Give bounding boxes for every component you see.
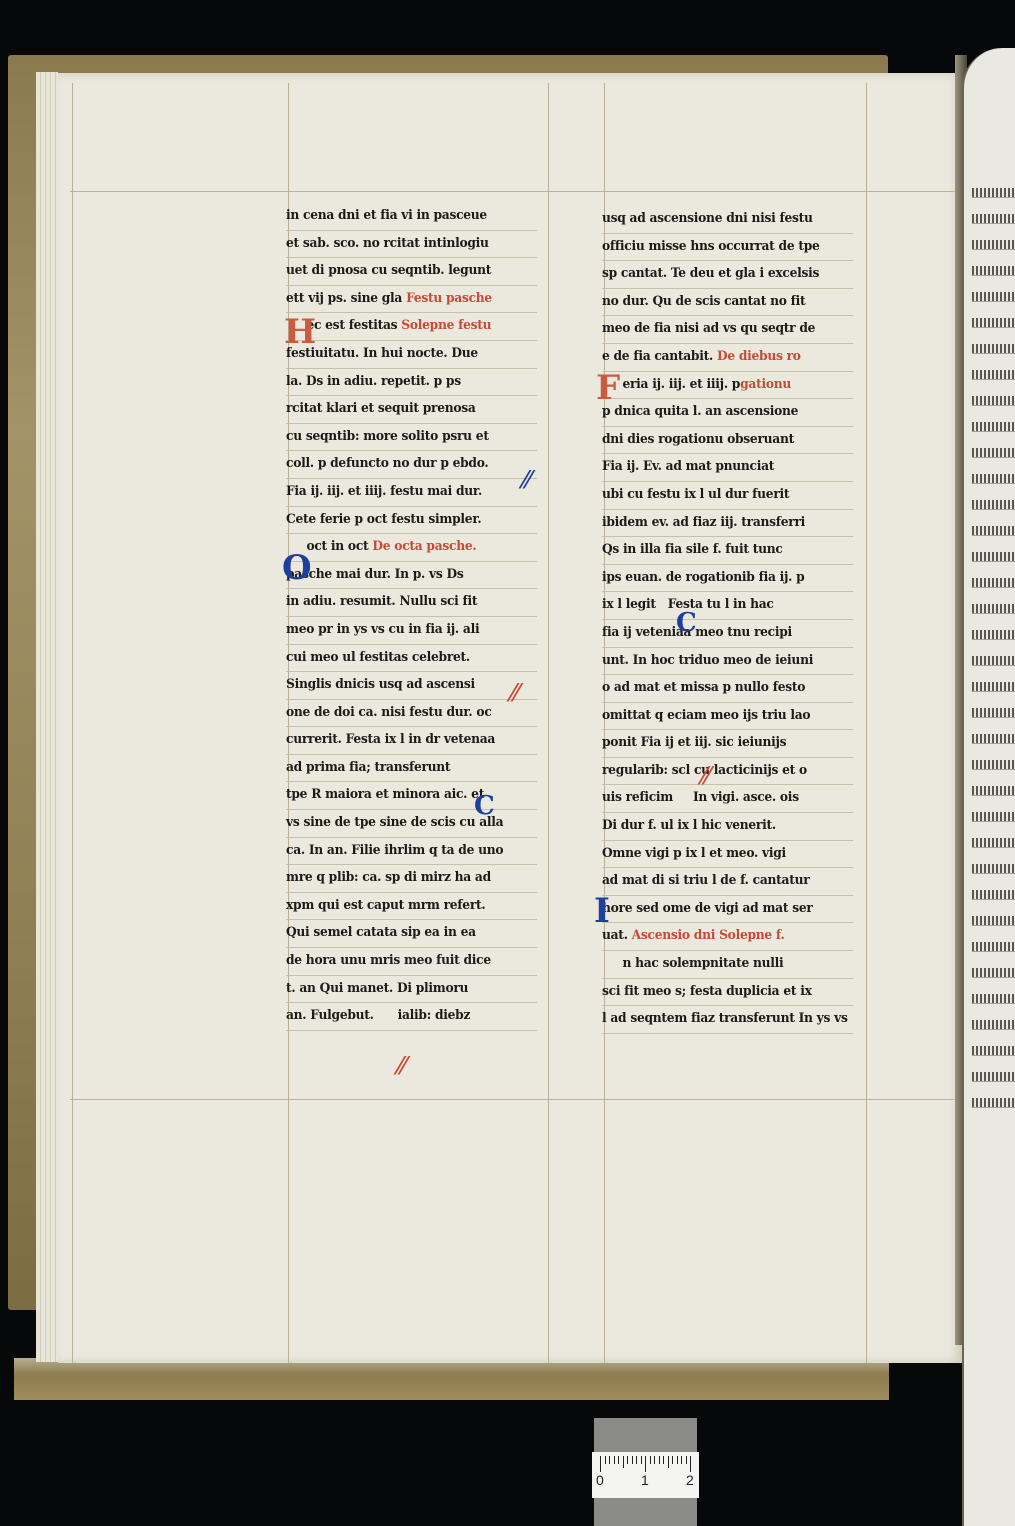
text-line: vs sine de tpe sine de scis cu alla <box>286 810 537 838</box>
text-line: de hora unu mris meo fuit dice <box>286 948 537 976</box>
text-line: festiuitatu. In hui nocte. Due <box>286 341 537 369</box>
text-line: pasche mai dur. In p. vs Ds <box>286 562 537 590</box>
text-line: in cena dni et fia vi in pasceue <box>286 203 537 231</box>
text-line: o ad mat et missa p nullo festo <box>602 675 853 703</box>
text-line: regularib: scl cu lacticinijs et o <box>602 758 853 786</box>
paragraph-mark-blue-icon: ⁄⁄ <box>523 465 531 494</box>
text-line: eria ij. iij. et iiij. pgationu <box>602 372 853 400</box>
text-line: uet di pnosa cu seqntib. legunt <box>286 258 537 286</box>
text-line <box>972 812 1015 822</box>
text-line: uis reficim In vigi. asce. ois <box>602 785 853 813</box>
binding-bottom-edge <box>14 1358 889 1400</box>
text-line <box>972 760 1015 770</box>
text-line: officiu misse hns occurrat de tpe <box>602 234 853 262</box>
text-line: p dnica quita l. an ascensione <box>602 399 853 427</box>
text-line <box>972 604 1015 614</box>
text-line: dni dies rogationu obseruant <box>602 427 853 455</box>
text-line <box>972 630 1015 640</box>
text-line <box>972 916 1015 926</box>
text-line: sci fit meo s; festa duplicia et ix <box>602 979 853 1007</box>
text-line: no dur. Qu de scis cantat no fit <box>602 289 853 317</box>
text-line: ix l legit Festa tu l in hac <box>602 592 853 620</box>
text-line: ad prima fia; transferunt <box>286 755 537 783</box>
text-line <box>972 370 1015 380</box>
text-line <box>972 552 1015 562</box>
text-line: rcitat klari et sequit prenosa <box>286 396 537 424</box>
facing-page-edge <box>962 48 1015 1526</box>
text-line <box>972 1072 1015 1082</box>
ruling-top <box>70 191 960 192</box>
text-line <box>972 188 1015 198</box>
paragraph-mark-red-icon: ⁄⁄ <box>702 761 710 790</box>
text-line <box>972 396 1015 406</box>
text-line: Fia ij. Ev. ad mat pnunciat <box>602 454 853 482</box>
text-line: Di dur f. ul ix l hic venerit. <box>602 813 853 841</box>
text-line <box>972 656 1015 666</box>
text-line: uat. Ascensio dni Solepne f. <box>602 923 853 951</box>
text-line <box>972 890 1015 900</box>
text-line: t. an Qui manet. Di plimoru <box>286 976 537 1004</box>
paragraph-mark-red-icon: ⁄⁄ <box>398 1051 406 1080</box>
initial-letter-o: O <box>282 551 312 585</box>
initial-letter-h: H <box>284 315 316 349</box>
initial-letter-f: F <box>596 371 620 405</box>
text-line: ponit Fia ij et iij. sic ieiunijs <box>602 730 853 758</box>
text-line: ec est festitas Solepne festu <box>286 313 537 341</box>
text-line <box>972 1046 1015 1056</box>
ruling-margin <box>72 83 73 1363</box>
text-line <box>972 500 1015 510</box>
text-line: Cete ferie p oct festu simpler. <box>286 507 537 535</box>
text-line: la. Ds in adiu. repetit. p ps <box>286 369 537 397</box>
text-line: l ad seqntem fiaz transferunt In ys vs <box>602 1006 853 1034</box>
text-line: fia ij veteniaa meo tnu recipi <box>602 620 853 648</box>
text-line: tpe R maiora et minora aic. et <box>286 782 537 810</box>
text-line <box>972 318 1015 328</box>
text-line <box>972 864 1015 874</box>
text-line <box>972 994 1015 1004</box>
text-line: usq ad ascensione dni nisi festu <box>602 206 853 234</box>
text-line <box>972 214 1015 224</box>
text-line: oct in oct De octa pasche. <box>286 534 537 562</box>
rubric: De octa pasche. <box>372 539 476 554</box>
text-line: ibidem ev. ad fiaz iij. transferri <box>602 510 853 538</box>
scale-ruler: 0 1 2 <box>592 1452 699 1498</box>
text-line <box>972 1020 1015 1030</box>
initial-letter-i: I <box>594 894 610 928</box>
text-line: in adiu. resumit. Nullu sci fit <box>286 589 537 617</box>
text-line: n hac solempnitate nulli <box>602 951 853 979</box>
text-line: cui meo ul festitas celebret. <box>286 645 537 673</box>
page-stack-edges <box>36 72 58 1362</box>
ruler-label: 1 <box>641 1472 649 1488</box>
text-line <box>972 474 1015 484</box>
initial-letter-c: C <box>676 606 697 640</box>
rubric: gationu <box>740 377 791 392</box>
ruler-label: 0 <box>596 1472 604 1488</box>
rubric: De diebus ro <box>717 349 801 364</box>
right-text-column: usq ad ascensione dni nisi festu officiu… <box>602 206 872 1034</box>
text-line <box>972 734 1015 744</box>
text-line: one de doi ca. nisi festu dur. oc <box>286 700 537 728</box>
text-line: sp cantat. Te deu et gla i excelsis <box>602 261 853 289</box>
text-line <box>972 292 1015 302</box>
text-line: an. Fulgebut. ialib: diebz <box>286 1003 537 1031</box>
text-line <box>972 838 1015 848</box>
rubric: Solepne festu <box>401 318 491 333</box>
text-line: Fia ij. iij. et iiij. festu mai dur. <box>286 479 537 507</box>
text-line <box>972 786 1015 796</box>
text-line: cu seqntib: more solito psru et <box>286 424 537 452</box>
rubric: Ascensio dni Solepne f. <box>632 928 785 943</box>
left-text-column: in cena dni et fia vi in pasceue et sab.… <box>286 203 556 1031</box>
text-line: Qs in illa fia sile f. fuit tunc <box>602 537 853 565</box>
text-line: coll. p defuncto no dur p ebdo. <box>286 451 537 479</box>
rubric: Festu pasche <box>406 291 492 306</box>
text-line <box>972 578 1015 588</box>
text-line: ca. In an. Filie ihrlim q ta de uno <box>286 838 537 866</box>
text-line: meo de fia nisi ad vs qu seqtr de <box>602 316 853 344</box>
text-line <box>972 422 1015 432</box>
text-line <box>972 448 1015 458</box>
text-line <box>972 526 1015 536</box>
text-line <box>972 942 1015 952</box>
text-line: e de fia cantabit. De diebus ro <box>602 344 853 372</box>
text-line <box>972 266 1015 276</box>
text-line: Singlis dnicis usq ad ascensi <box>286 672 537 700</box>
text-line <box>972 344 1015 354</box>
ruler-label: 2 <box>686 1472 694 1488</box>
text-line <box>972 968 1015 978</box>
text-line: currerit. Festa ix l in dr vetenaa <box>286 727 537 755</box>
text-line: Qui semel catata sip ea in ea <box>286 920 537 948</box>
ruling-bottom <box>70 1099 960 1100</box>
text-line: ett vij ps. sine gla Festu pasche <box>286 286 537 314</box>
text-line: hore sed ome de vigi ad mat ser <box>602 896 853 924</box>
text-line <box>972 1098 1015 1108</box>
text-line: meo pr in ys vs cu in fia ij. ali <box>286 617 537 645</box>
text-line <box>972 682 1015 692</box>
text-line: mre q plib: ca. sp di mirz ha ad <box>286 865 537 893</box>
text-line: unt. In hoc triduo meo de ieiuni <box>602 648 853 676</box>
text-line: xpm qui est caput mrm refert. <box>286 893 537 921</box>
text-line: ad mat di si triu l de f. cantatur <box>602 868 853 896</box>
text-line: ubi cu festu ix l ul dur fuerit <box>602 482 853 510</box>
text-line <box>972 708 1015 718</box>
text-line: ips euan. de rogationib fia ij. p <box>602 565 853 593</box>
initial-letter-c: C <box>474 789 495 823</box>
text-line: omittat q eciam meo ijs triu lao <box>602 703 853 731</box>
text-line: Omne vigi p ix l et meo. vigi <box>602 841 853 869</box>
text-line: et sab. sco. no rcitat intinlogiu <box>286 231 537 259</box>
paragraph-mark-red-icon: ⁄⁄ <box>511 678 519 707</box>
text-line <box>972 240 1015 250</box>
